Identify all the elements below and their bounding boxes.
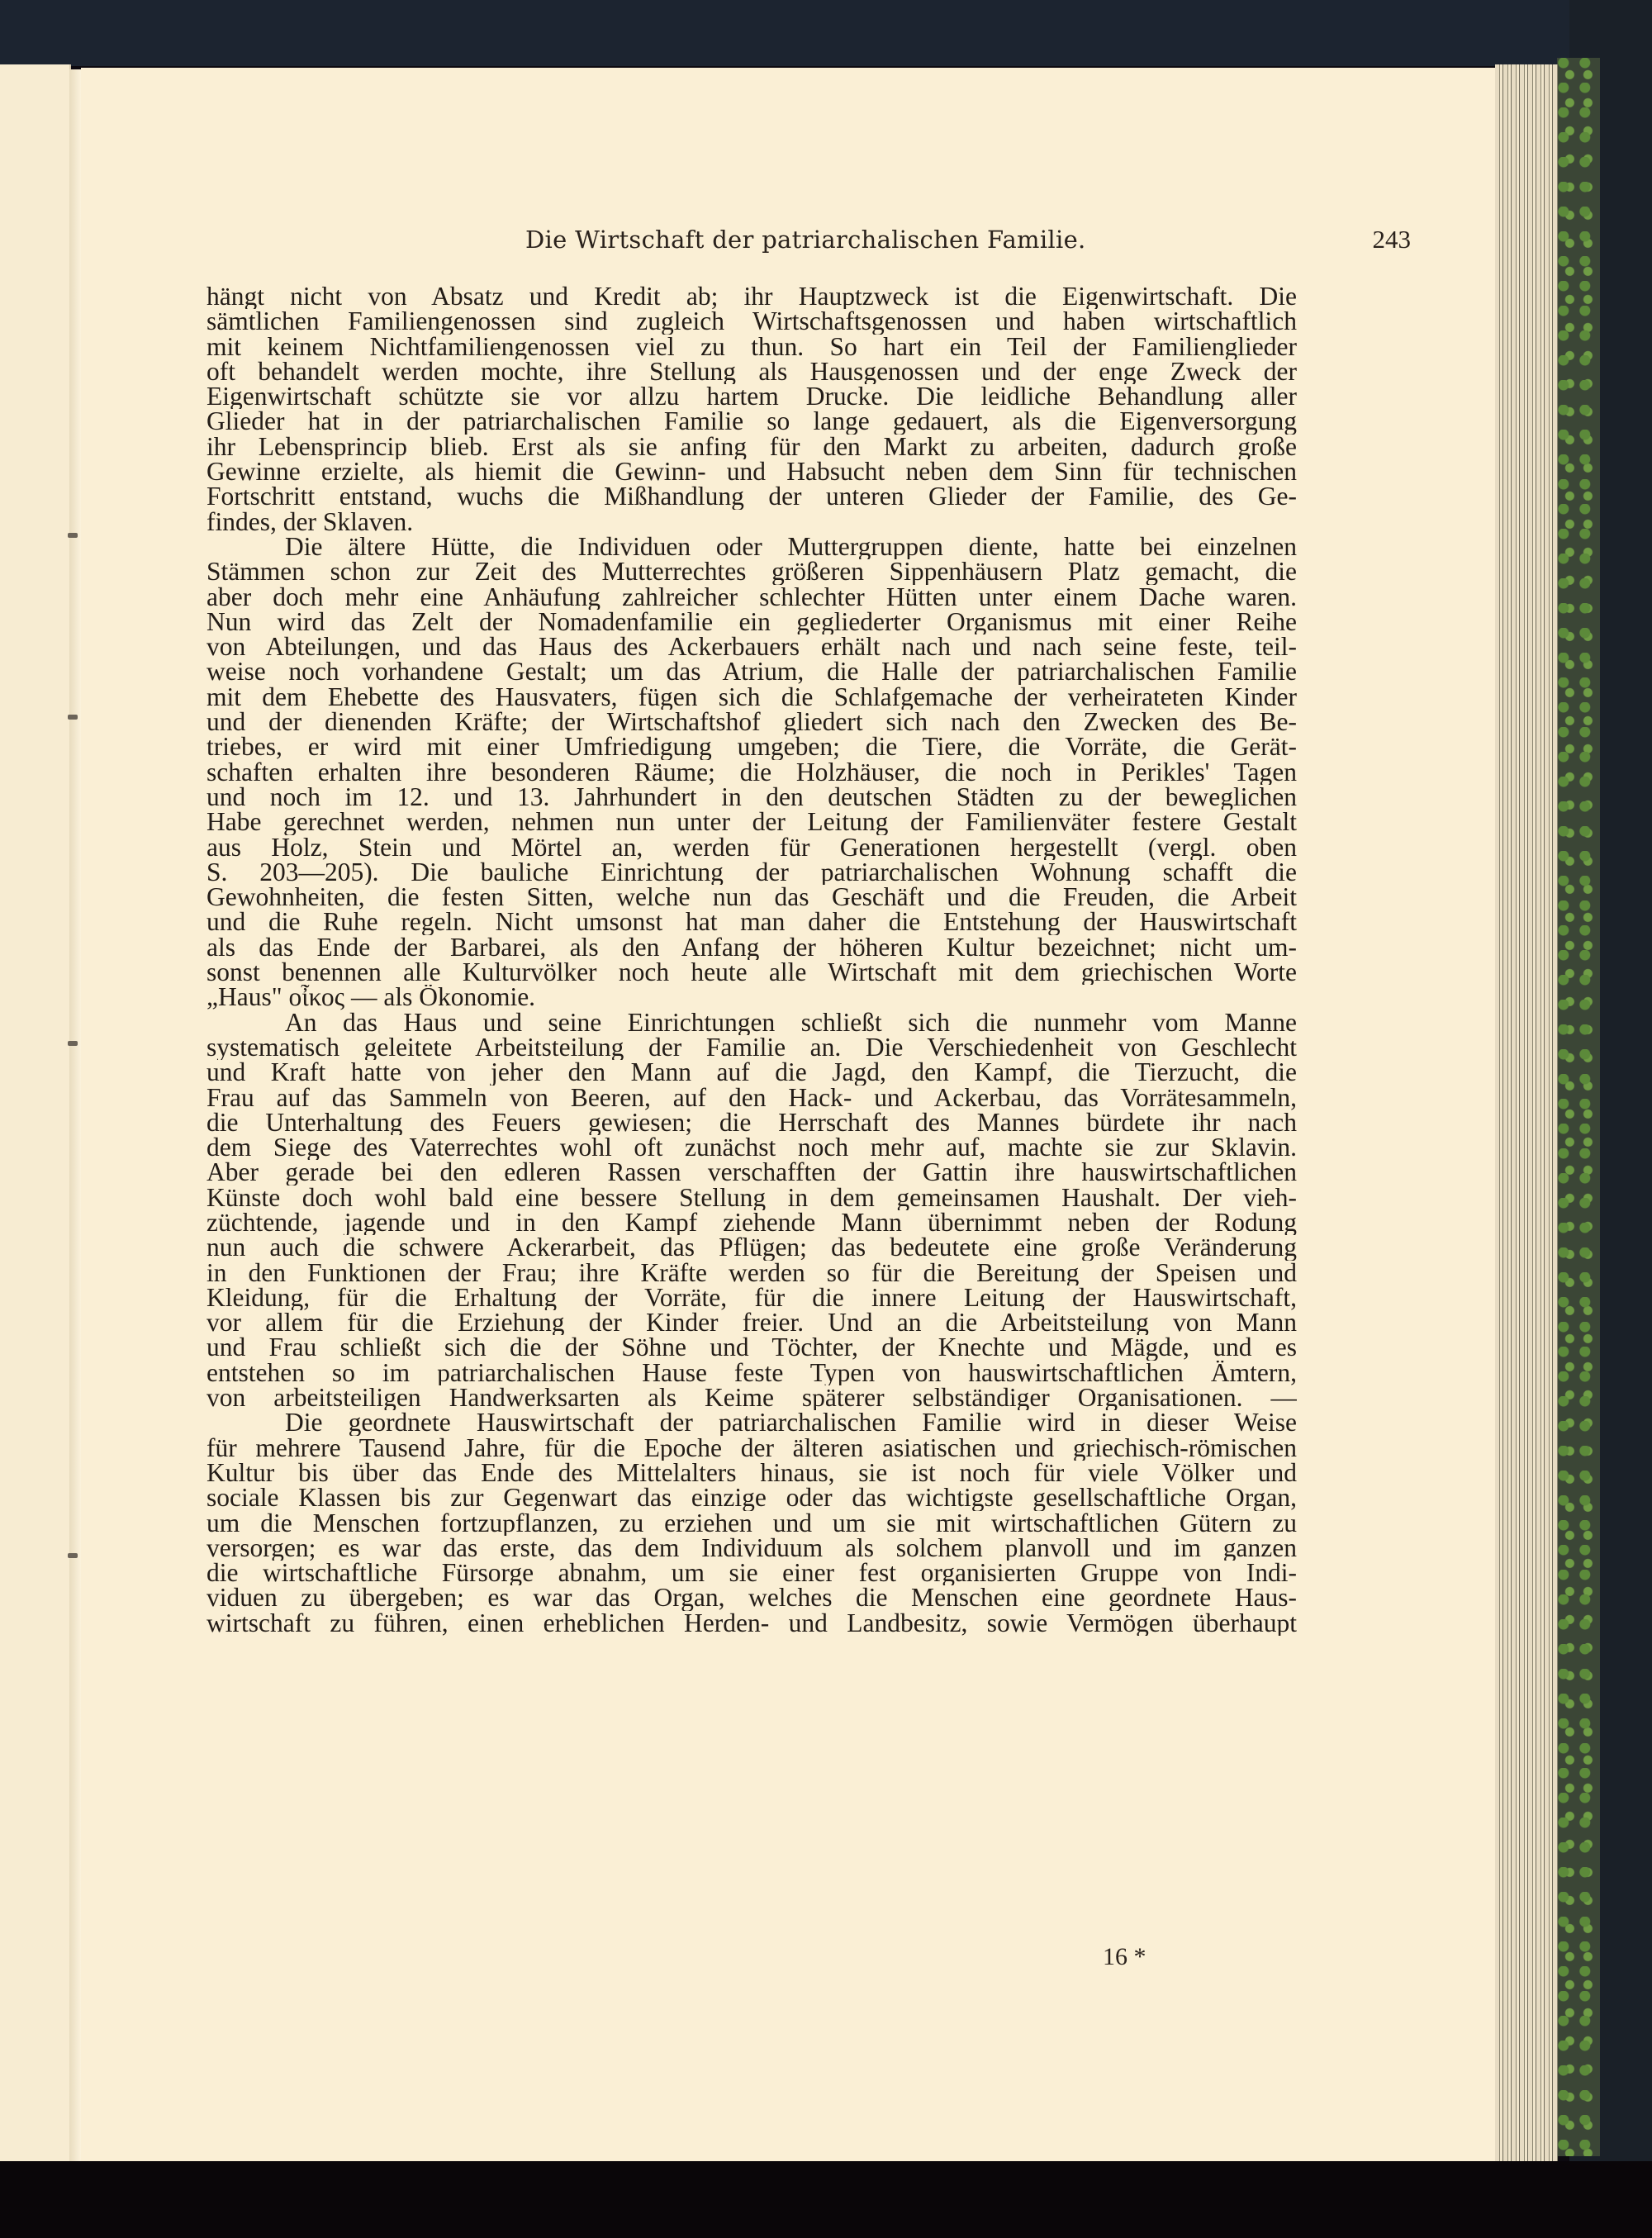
text-line: Kleidung, für die Erhaltung der Vorräte,…: [206, 1285, 1297, 1310]
text-line: hängt nicht von Absatz und Kredit ab; ih…: [206, 284, 1297, 309]
text-line: Nun wird das Zelt der Nomadenfamilie ein…: [206, 610, 1297, 634]
text-line: Frau auf das Sammeln von Beeren, auf den…: [206, 1086, 1297, 1110]
background-shadow: [0, 2161, 1652, 2238]
text-line: systematisch geleitete Arbeitsteilung de…: [206, 1035, 1297, 1060]
text-line: mit dem Ehebette des Hausvaters, fügen s…: [206, 685, 1297, 710]
text-line: weise noch vorhandene Gestalt; um das At…: [206, 659, 1297, 684]
text-line: dem Siege des Vaterrechtes wohl oft zunä…: [206, 1135, 1297, 1160]
text-line: für mehrere Tausend Jahre, für die Epoch…: [206, 1436, 1297, 1461]
text-line: Fortschritt entstand, wuchs die Mißhandl…: [206, 484, 1297, 509]
text-line: Aber gerade bei den edleren Rassen versc…: [206, 1160, 1297, 1185]
text-line: als das Ende der Barbarei, als den Anfan…: [206, 935, 1297, 960]
text-line: Eigenwirtschaft schützte sie vor allzu h…: [206, 384, 1297, 409]
marbled-edge: [1557, 58, 1600, 2156]
page-number: 243: [1373, 225, 1412, 254]
text-line: und noch im 12. und 13. Jahrhundert in d…: [206, 785, 1297, 810]
text-line: von arbeitsteiligen Handwerksarten als K…: [206, 1385, 1297, 1410]
text-line: versorgen; es war das erste, das dem Ind…: [206, 1536, 1297, 1561]
margin-mark: [68, 1041, 78, 1046]
text-line: Gewinne erzielte, als hiemit die Gewinn-…: [206, 459, 1297, 484]
text-line: Die geordnete Hauswirtschaft der patriar…: [206, 1410, 1297, 1435]
text-line: triebes, er wird mit einer Umfriedigung …: [206, 734, 1297, 759]
text-line: und die Ruhe regeln. Nicht umsonst hat m…: [206, 910, 1297, 934]
text-line: Gewohnheiten, die festen Sitten, welche …: [206, 885, 1297, 910]
body-text: hängt nicht von Absatz und Kredit ab; ih…: [206, 284, 1297, 1636]
text-line: um die Menschen fortzupflanzen, zu erzie…: [206, 1511, 1297, 1536]
text-line: und Frau schließt sich die der Söhne und…: [206, 1335, 1297, 1360]
text-line: findes, der Sklaven.: [206, 510, 1297, 535]
text-line: oft behandelt werden mochte, ihre Stellu…: [206, 359, 1297, 384]
text-line: „Haus" οἶκος — als Ökonomie.: [206, 985, 1297, 1010]
signature-mark: 16 *: [1103, 1943, 1146, 1971]
text-line: Künste doch wohl bald eine bessere Stell…: [206, 1186, 1297, 1210]
text-line: Die ältere Hütte, die Individuen oder Mu…: [206, 535, 1297, 559]
margin-mark: [68, 533, 78, 538]
margin-mark: [68, 1553, 78, 1558]
running-head-title: Die Wirtschaft der patriarchalischen Fam…: [525, 226, 1086, 254]
text-line: die Unterhaltung des Feuers gewiesen; di…: [206, 1110, 1297, 1135]
text-line: und Kraft hatte von jeher den Mann auf d…: [206, 1060, 1297, 1085]
text-line: An das Haus und seine Einrichtungen schl…: [206, 1010, 1297, 1035]
page-stack-edges: [1495, 64, 1558, 2163]
running-head: Die Wirtschaft der patriarchalischen Fam…: [525, 225, 1351, 266]
text-line: sociale Klassen bis zur Gegenwart das ei…: [206, 1485, 1297, 1510]
text-line: sonst benennen alle Kulturvölker noch he…: [206, 960, 1297, 985]
text-line: sämtlichen Familiengenossen sind zugleic…: [206, 309, 1297, 334]
book-cover-top: [0, 0, 1652, 66]
text-line: und der dienenden Kräfte; der Wirtschaft…: [206, 710, 1297, 734]
text-line: ihr Lebensprincip blieb. Erst als sie an…: [206, 435, 1297, 459]
text-line: Glieder hat in der patriarchalischen Fam…: [206, 409, 1297, 434]
text-line: von Abteilungen, und das Haus des Ackerb…: [206, 634, 1297, 659]
text-line: in den Funktionen der Frau; ihre Kräfte …: [206, 1261, 1297, 1285]
text-line: aus Holz, Stein und Mörtel an, werden fü…: [206, 835, 1297, 860]
book-gutter: [69, 69, 81, 2163]
text-line: aber doch mehr eine Anhäufung zahlreiche…: [206, 585, 1297, 610]
margin-mark: [68, 715, 78, 720]
text-line: Stämmen schon zur Zeit des Mutterrechtes…: [206, 559, 1297, 584]
text-line: die wirtschaftliche Fürsorge abnahm, um …: [206, 1561, 1297, 1585]
text-line: nun auch die schwere Ackerarbeit, das Pf…: [206, 1235, 1297, 1260]
text-line: schaften erhalten ihre besonderen Räume;…: [206, 760, 1297, 785]
text-line: viduen zu übergeben; es war das Organ, w…: [206, 1585, 1297, 1610]
text-line: wirtschaft zu führen, einen erheblichen …: [206, 1611, 1297, 1636]
text-line: Kultur bis über das Ende des Mittelalter…: [206, 1461, 1297, 1485]
text-line: S. 203—205). Die bauliche Einrichtung de…: [206, 860, 1297, 885]
text-line: züchtende, jagende und in den Kampf zieh…: [206, 1210, 1297, 1235]
text-line: vor allem für die Erziehung der Kinder f…: [206, 1310, 1297, 1335]
text-line: mit keinem Nichtfamiliengenossen viel zu…: [206, 335, 1297, 359]
text-line: Habe gerechnet werden, nehmen nun unter …: [206, 810, 1297, 834]
previous-page-edge: [0, 64, 71, 2161]
text-line: entstehen so im patriarchalischen Hause …: [206, 1361, 1297, 1385]
